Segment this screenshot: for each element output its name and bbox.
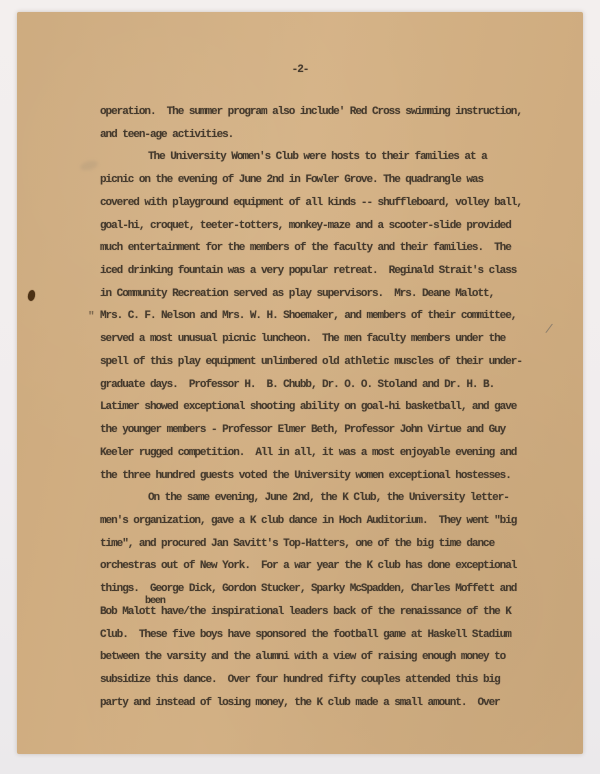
text-line: much entertainment for the members of th… [100, 237, 570, 260]
text-line: party and instead of losing money, the K… [100, 692, 570, 715]
text-line: men's organization, gave a K club dance … [100, 510, 570, 533]
scan-background: -2- operation. The summer program also i… [0, 0, 600, 774]
text-line: between the varsity and the alumni with … [100, 646, 570, 669]
text-line: time", and procured Jan Savitt's Top-Hat… [100, 533, 570, 556]
interlinear-insertion: been [145, 596, 165, 608]
text-line: things. George Dick, Gordon Stucker, Spa… [100, 578, 570, 601]
text-line: Club. These five boys have sponsored the… [100, 624, 570, 647]
text-line: subsidize this dance. Over four hundred … [100, 669, 570, 692]
text-line: orchestras out of New York. For a war ye… [100, 555, 570, 578]
text-line: Keeler rugged competition. All in all, i… [100, 442, 570, 465]
text-line: Mrs. C. F. Nelson and Mrs. W. H. Shoemak… [100, 305, 570, 328]
stray-quote-mark: " [88, 311, 94, 323]
text-line: covered with playground equipment of all… [100, 192, 570, 215]
text-line: and teen-age activities. [100, 124, 570, 147]
text-line: the younger members - Professor Elmer Be… [100, 419, 570, 442]
text-line: picnic on the evening of June 2nd in Fow… [100, 169, 570, 192]
body-text: operation. The summer program also inclu… [100, 101, 570, 714]
text-line: served a most unusual picnic luncheon. T… [100, 328, 570, 351]
smudge-mark [79, 159, 99, 172]
text-line: operation. The summer program also inclu… [100, 101, 570, 124]
text-line: graduate days. Professor H. B. Chubb, Dr… [100, 374, 570, 397]
text-line: in Community Recreation served as play s… [100, 283, 570, 306]
scanned-page: -2- operation. The summer program also i… [17, 12, 583, 754]
text-line: The University Women's Club were hosts t… [100, 146, 570, 169]
text-line: Latimer showed exceptional shooting abil… [100, 396, 570, 419]
text-line: iced drinking fountain was a very popula… [100, 260, 570, 283]
text-line: spell of this play equipment unlimbered … [100, 351, 570, 374]
ink-spot [27, 289, 36, 301]
text-line: Bob Malott have/the inspirational leader… [100, 601, 570, 624]
text-line: On the same evening, June 2nd, the K Clu… [100, 487, 570, 510]
text-line: goal-hi, croquet, teeter-totters, monkey… [100, 215, 570, 238]
text-line: the three hundred guests voted the Unive… [100, 465, 570, 488]
page-number: -2- [17, 64, 583, 76]
pencil-slash-mark: / [544, 323, 554, 338]
